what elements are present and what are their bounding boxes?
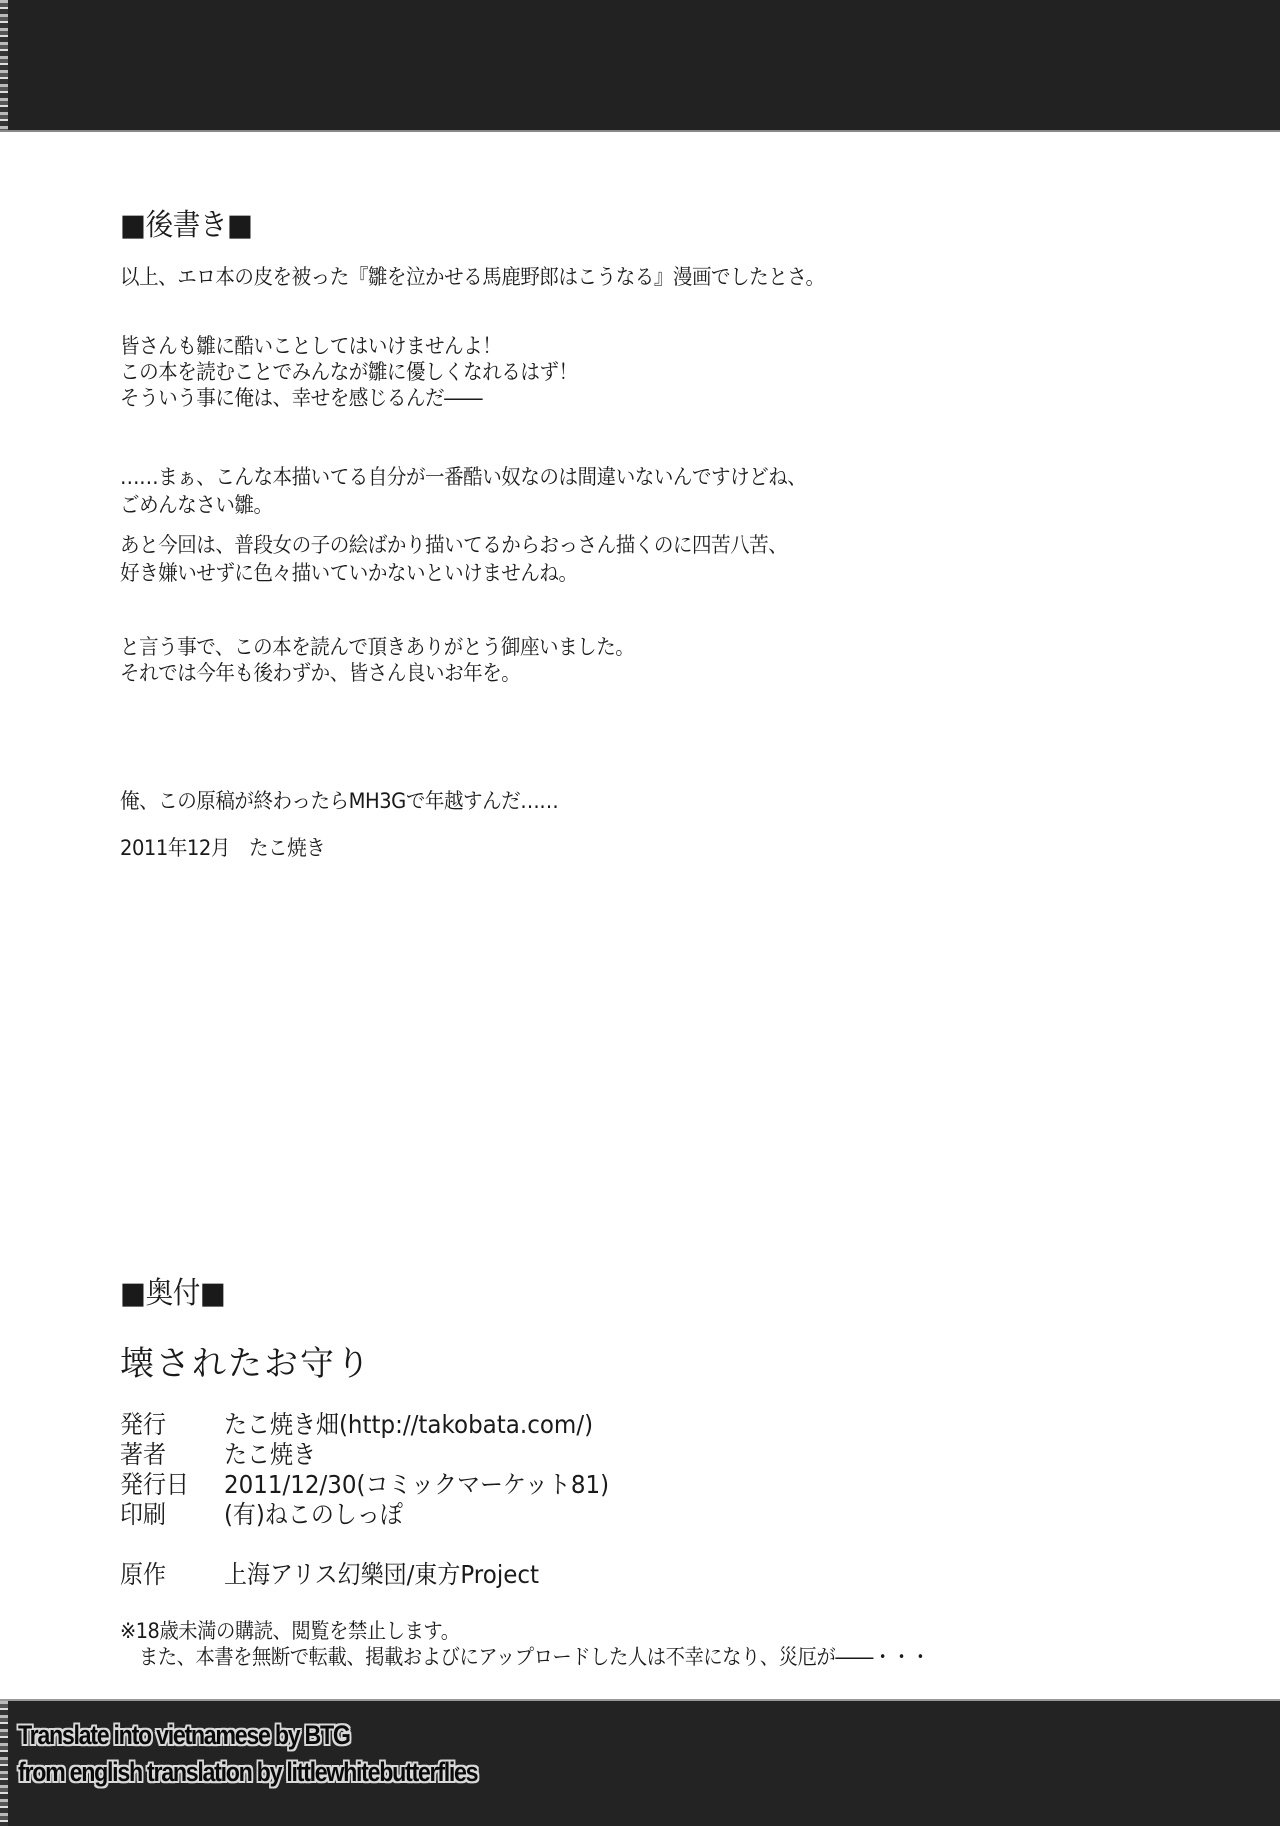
afterword-line: ごめんなさい雛。: [120, 491, 273, 519]
top-dark-band: [0, 0, 1280, 132]
afterword-line: 好き嫌いせずに色々描いていかないといけませんね。: [120, 559, 578, 587]
afterword-line: 俺、この原稿が終わったらMH3Gで年越すんだ……: [120, 787, 558, 815]
translation-credit: Translate into vietnamese by BTG: [18, 1720, 350, 1751]
colophon-key: 原作: [120, 1555, 224, 1591]
colophon-value: (有)ねこのしっぽ: [224, 1495, 403, 1531]
colophon-heading: ■奥付■: [120, 1268, 226, 1312]
afterword-line: それでは今年も後わずか、皆さん良いお年を。: [120, 659, 520, 687]
afterword-signature: 2011年12月 たこ焼き: [120, 834, 325, 862]
colophon-key: 印刷: [120, 1495, 224, 1531]
afterword-line: 皆さんも雛に酷いことしてはいけませんよ！: [120, 332, 501, 360]
book-title: 壊されたお守り: [120, 1336, 372, 1385]
colophon-row-publisher: 発行たこ焼き畑(http://takobata.com/): [120, 1405, 593, 1435]
colophon-row-date: 発行日2011/12/30(コミックマーケット81): [120, 1465, 609, 1495]
afterword-heading: ■後書き■: [120, 200, 253, 244]
afterword-line: この本を読むことでみんなが雛に優しくなれるはず！: [120, 358, 578, 386]
afterword-line: ……まぁ、こんな本描いてる自分が一番酷い奴なのは間違いないんですけどね、: [120, 463, 806, 491]
afterword-line: あと今回は、普段女の子の絵ばかり描いてるからおっさん描くのに四苦八苦、: [120, 531, 787, 559]
colophon-note: また、本書を無断で転載、掲載およびにアップロードした人は不幸になり、災厄が――・…: [120, 1641, 930, 1671]
colophon-value: 上海アリス幻樂団/東方Project: [224, 1555, 539, 1591]
bottom-edge-texture: [0, 1701, 8, 1826]
afterword-line: と言う事で、この本を読んで頂きありがとう御座いました。: [120, 633, 634, 661]
colophon-row-printer: 印刷(有)ねこのしっぽ: [120, 1495, 403, 1525]
top-edge-texture: [0, 0, 8, 130]
afterword-line: 以上、エロ本の皮を被った『雛を泣かせる馬鹿野郎はこうなる』漫画でしたとさ。: [120, 263, 825, 291]
colophon-row-author: 著者たこ焼き: [120, 1435, 316, 1465]
translation-credit: from english translation by littlewhiteb…: [18, 1757, 477, 1788]
afterword-line: そういう事に俺は、幸せを感じるんだ――: [120, 384, 482, 412]
colophon-row-original: 原作上海アリス幻樂団/東方Project: [120, 1555, 539, 1585]
